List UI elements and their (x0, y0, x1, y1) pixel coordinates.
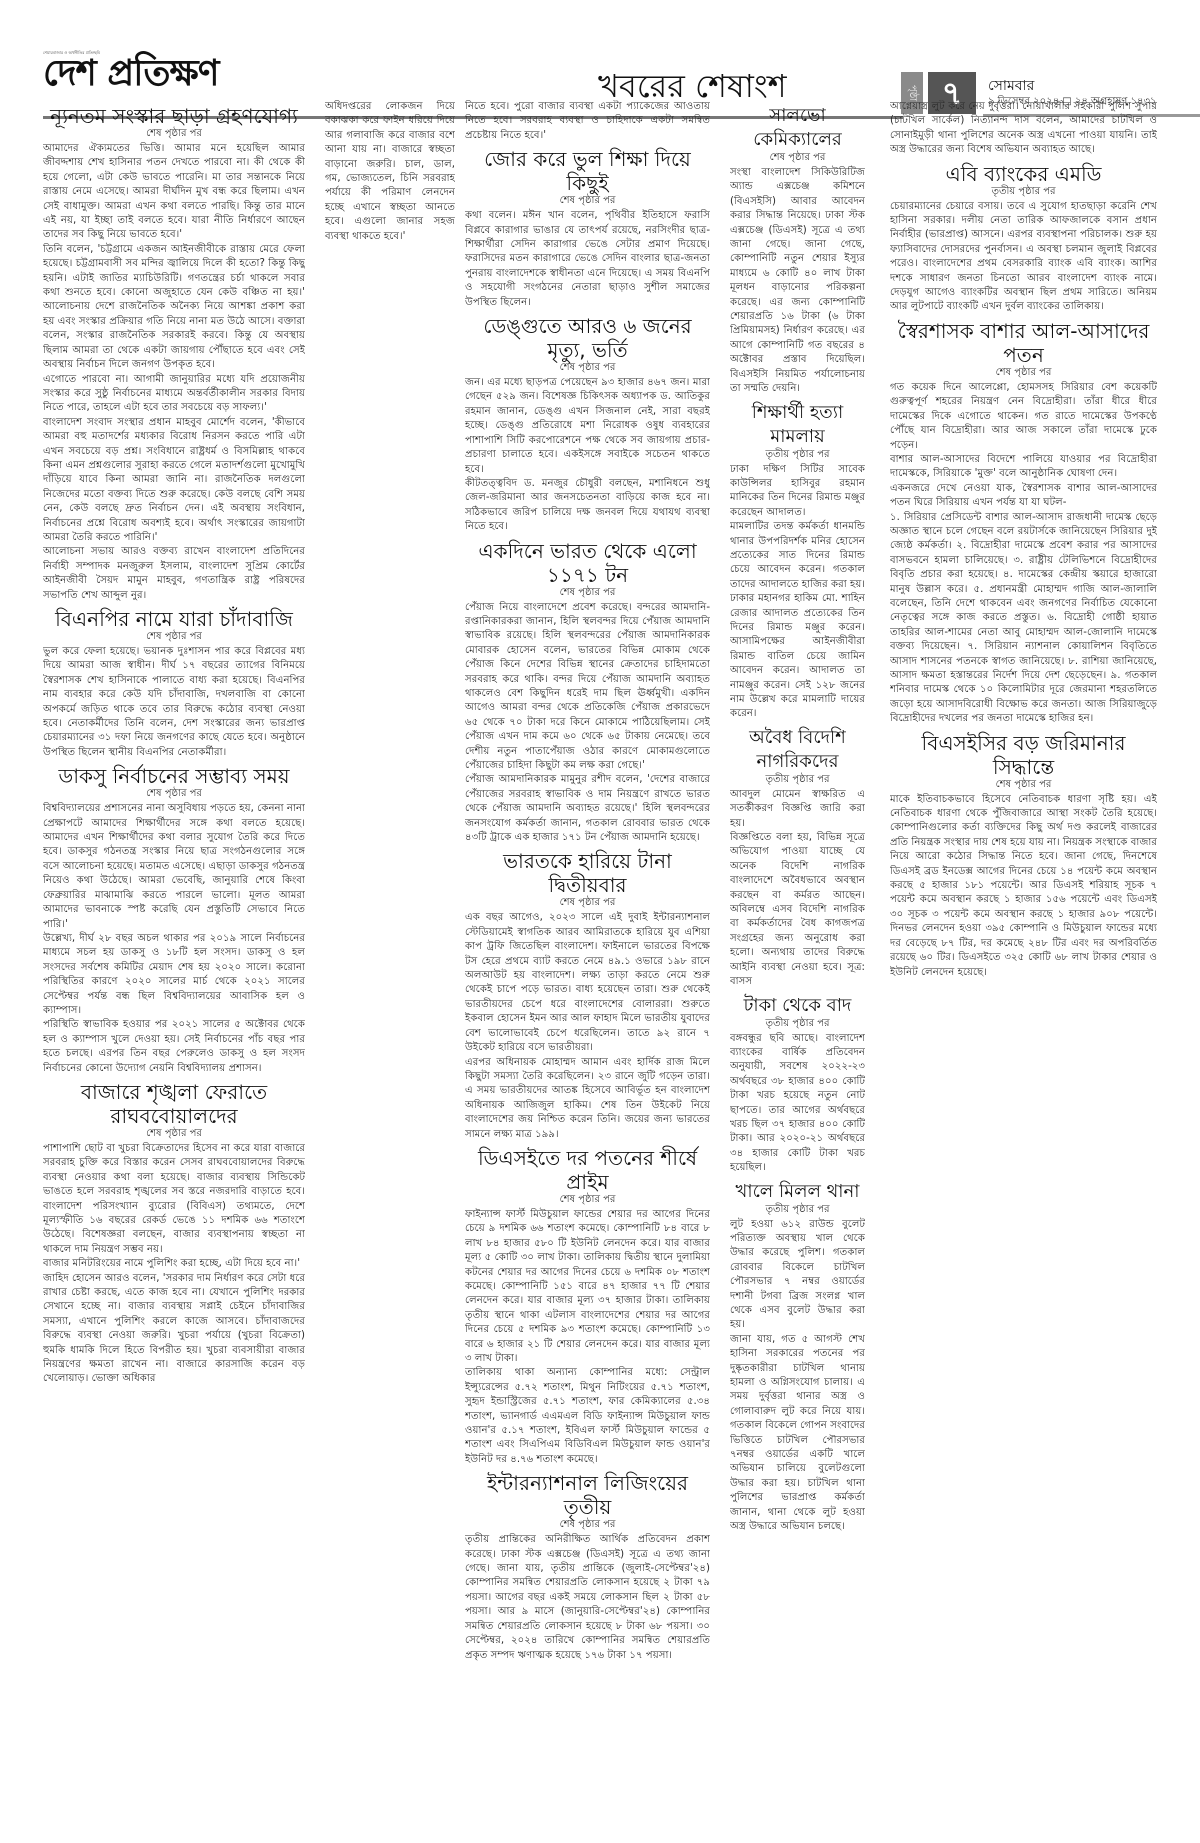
article-dengue[interactable]: ডেঙ্গুতে আরও ৬ জনের মৃত্যু, ভর্তি শেষ পৃ… (465, 314, 710, 534)
continued-label: শেষ পৃষ্ঠার পর (465, 362, 710, 374)
column-4: সালভো কেমিক্যালের শেষ পৃষ্ঠার পর সংস্থা … (730, 100, 865, 1830)
article-bazar-continuation[interactable]: অধিদপ্তরের লোকজন দিয়ে বকাঝকা করে ফাইন ধ… (325, 100, 455, 244)
article-taka-theke-bad[interactable]: টাকা থেকে বাদ তৃতীয় পৃষ্ঠার পর বঙ্গবন্ধ… (730, 994, 865, 1176)
article-ducsu-election[interactable]: ডাকসু নির্বাচনের সম্ভাব্য সময় শেষ পৃষ্ঠ… (43, 764, 305, 1076)
continued-label: তৃতীয় পৃষ্ঠার পর (730, 1204, 865, 1216)
article-paragraph: ফাইন্যান্স ফার্স্ট মিউচুয়াল ফান্ডের শেয… (465, 1208, 710, 1366)
article-paragraph: পেঁয়াজ নিয়ে বাংলাদেশে প্রবেশ করেছে। বন… (465, 601, 710, 774)
article-paragraph: বাশার আল-আসাদের বিদেশে পালিয়ে যাওয়ার প… (890, 453, 1157, 482)
headline[interactable]: বিএসইসির বড় জরিমানার সিদ্ধান্তে (890, 731, 1157, 779)
article-assad-fall[interactable]: স্বৈরশাসক বাশার আল-আসাদের পতন শেষ পৃষ্ঠা… (890, 319, 1157, 727)
headline[interactable]: ডেঙ্গুতে আরও ৬ জনের মৃত্যু, ভর্তি (465, 314, 710, 362)
headline[interactable]: সালভো কেমিক্যালের (730, 104, 865, 152)
headline[interactable]: খালে মিলল থানা (730, 1180, 865, 1204)
article-paragraph: জন। এর মধ্যে ছাড়পত্র পেয়েছেন ৯৩ হাজার … (465, 376, 710, 477)
continued-label: শেষ পৃষ্ঠার পর (43, 631, 305, 643)
article-onion-import[interactable]: একদিনে ভারত থেকে এলো ১১৭১ টন শেষ পৃষ্ঠার… (465, 539, 710, 846)
article-paragraph: পেঁয়াজ আমদানিকারক মামুনুর রশীদ বলেন, 'দ… (465, 773, 710, 845)
article-international-leasing[interactable]: ইন্টারন্যাশনাল লিজিংয়ের তৃতীয় শেষ পৃষ্… (465, 1471, 710, 1663)
continued-label: শেষ পৃষ্ঠার পর (465, 1194, 710, 1206)
article-paragraph: কীটতত্ত্ববিদ ড. মনজুর চৌধুরী বলছেন, মশান… (465, 477, 710, 535)
article-paragraph: তিনি বলেন, 'চট্টগ্রামে একজন আইনজীবীকে রা… (43, 243, 305, 373)
article-paragraph: ঢাকা দক্ষিণ সিটির সাবেক কাউন্সিলর হাসিবু… (730, 463, 865, 521)
headline[interactable]: বিএনপির নামে যারা চাঁদাবাজি (43, 607, 305, 631)
article-paragraph: গত কয়েক দিনে আলেপ্পো, হোমসসহ সিরিয়ার ব… (890, 381, 1157, 453)
continued-label: শেষ পৃষ্ঠার পর (43, 128, 305, 140)
article-paragraph: চেয়ারম্যানের চেয়ারে বসায়। তবে এ সুযোগ… (890, 200, 1157, 315)
continued-label: শেষ পৃষ্ঠার পর (465, 1519, 710, 1531)
article-student-murder-case[interactable]: শিক্ষার্থী হত্যা মামলায় তৃতীয় পৃষ্ঠার … (730, 401, 865, 722)
article-paragraph: কথা বলেন। মঈন খান বলেন, পৃথিবীর ইতিহাসে … (465, 209, 710, 310)
article-paragraph: মামলাটির তদন্ত কর্মকর্তা ধানমন্ডি থানার … (730, 520, 865, 722)
headline[interactable]: বাজারে শৃঙ্খলা ফেরাতে রাঘববোয়ালদের (43, 1080, 305, 1128)
article-jor-kore-vul-shikkha[interactable]: জোর করে ভুল শিক্ষা দিয়ে কিছুই শেষ পৃষ্ঠ… (465, 147, 710, 310)
headline[interactable]: শিক্ষার্থী হত্যা মামলায় (730, 401, 865, 449)
continued-label: তৃতীয় পৃষ্ঠার পর (890, 186, 1157, 198)
continued-label: তৃতীয় পৃষ্ঠার পর (730, 449, 865, 461)
article-paragraph: আলোচনা সভায় আরও বক্তব্য রাখেন বাংলাদেশ … (43, 545, 305, 603)
article-paragraph: বাজার মনিটরিংয়ের নামে পুলিশিং করা হচ্ছে… (43, 1257, 305, 1271)
article-paragraph: এরপর অধিনায়ক মোহাম্মদ আমান এবং হার্দিক … (465, 1056, 710, 1142)
article-paragraph: তালিকায় থাকা অন্যান্য কোম্পানির মধ্যে: … (465, 1366, 710, 1467)
continued-label: শেষ পৃষ্ঠার পর (43, 788, 305, 800)
article-paragraph: উল্লেখ্য, দীর্ঘ ২৮ বছর অচল থাকার পর ২০১৯… (43, 932, 305, 1018)
continued-label: তৃতীয় পৃষ্ঠার পর (730, 774, 865, 786)
article-paragraph: সংস্থা বাংলাদেশ সিকিউরিটিজ অ্যান্ড এক্সচ… (730, 166, 865, 397)
headline[interactable]: একদিনে ভারত থেকে এলো ১১৭১ টন (465, 539, 710, 587)
article-dse-prime[interactable]: ডিএসইতে দর পতনের শীর্ষে প্রাইম শেষ পৃষ্ঠ… (465, 1146, 710, 1467)
article-paragraph: বিজ্ঞপ্তিতে বলা হয়, বিভিন্ন সূত্রে অভিয… (730, 831, 865, 989)
article-paragraph: পাশাপাশি ছোট বা খুচরা বিক্রেতাদের হিসেব … (43, 1142, 305, 1257)
article-paragraph: এগোতে পারবো না। আগামী জানুয়ারির মধ্যে য… (43, 373, 305, 416)
continued-label: শেষ পৃষ্ঠার পর (465, 195, 710, 207)
headline[interactable]: টাকা থেকে বাদ (730, 994, 865, 1018)
article-paragraph: লুট হওয়া ৬১২ রাউন্ড বুলেট পরিত্যক্ত অবস… (730, 1218, 865, 1333)
article-ab-bank-md[interactable]: এবি ব্যাংকের এমডি তৃতীয় পৃষ্ঠার পর চেয়… (890, 162, 1157, 315)
newspaper-logo[interactable]: দেশ প্রতিক্ষণ (43, 54, 218, 94)
article-bnp-chandabaji[interactable]: বিএনপির নামে যারা চাঁদাবাজি শেষ পৃষ্ঠার … (43, 607, 305, 760)
article-paragraph: ১. সিরিয়ার প্রেসিডেন্ট বাশার আল-আসাদ রা… (890, 511, 1157, 727)
headline[interactable]: ইন্টারন্যাশনাল লিজিংয়ের তৃতীয় (465, 1471, 710, 1519)
headline[interactable]: এবি ব্যাংকের এমডি (890, 162, 1157, 186)
article-paragraph: ভুল করে ফেলা হয়েছে। ভয়ানক দুঃশাসন পার … (43, 645, 305, 760)
article-paragraph: এক বছর আগেও, ২০২৩ সালে এই দুবাই ইন্টারন্… (465, 911, 710, 1055)
masthead: শেয়ারবাজার ও অর্থনীতির প্রতিচ্ছবি দেশ প… (43, 30, 1157, 90)
article-paragraph: জাহিদ হোসেন আরও বলেন, 'সরকার দাম নির্ধার… (43, 1272, 305, 1387)
headline[interactable]: ডিএসইতে দর পতনের শীর্ষে প্রাইম (465, 1146, 710, 1194)
article-paragraph: পরিস্থিতি স্বাভাবিক হওয়ার পর ২০২১ সালের… (43, 1018, 305, 1076)
article-paragraph: অধিদপ্তরের লোকজন দিয়ে বকাঝকা করে ফাইন ধ… (325, 100, 455, 244)
column-2: অধিদপ্তরের লোকজন দিয়ে বকাঝকা করে ফাইন ধ… (325, 100, 455, 1830)
article-illegal-foreigners[interactable]: অবৈধ বিদেশি নাগরিকদের তৃতীয় পৃষ্ঠার পর … (730, 726, 865, 990)
article-paragraph: জানা যায়, গত ৫ আগস্ট শেখ হাসিনা সরকারের… (730, 1333, 865, 1535)
article-paragraph: একনজরে দেখে নেওয়া যাক, স্বৈরশাসক বাশার … (890, 482, 1157, 511)
continued-label: তৃতীয় পৃষ্ঠার পর (730, 1018, 865, 1030)
article-paragraph: নিতে হবে। পুরো বাজার ব্যবস্থা একটা প্যাক… (465, 100, 710, 143)
headline[interactable]: অবৈধ বিদেশি নাগরিকদের (730, 726, 865, 774)
article-salvo-chemical[interactable]: সালভো কেমিক্যালের শেষ পৃষ্ঠার পর সংস্থা … (730, 104, 865, 397)
article-bsec-fine[interactable]: বিএসইসির বড় জরিমানার সিদ্ধান্তে শেষ পৃষ… (890, 731, 1157, 980)
column-3: নিতে হবে। পুরো বাজার ব্যবস্থা একটা প্যাক… (465, 100, 710, 1830)
article-paragraph: মাকে ইতিবাচকভাবে হিসেবে নেতিবাচক ধারণা স… (890, 793, 1157, 980)
article-nunotom-songskar[interactable]: ন্যূনতম সংস্কার ছাড়া গ্রহণযোগ্য শেষ পৃষ… (43, 104, 305, 603)
continued-label: শেষ পৃষ্ঠার পর (43, 1128, 305, 1140)
column-1: ন্যূনতম সংস্কার ছাড়া গ্রহণযোগ্য শেষ পৃষ… (43, 100, 305, 1830)
headline[interactable]: ডাকসু নির্বাচনের সম্ভাব্য সময় (43, 764, 305, 788)
article-bazar-shrinkhola[interactable]: বাজারে শৃঙ্খলা ফেরাতে রাঘববোয়ালদের শেষ … (43, 1080, 305, 1387)
article-youth-asia-cup[interactable]: ভারতকে হারিয়ে টানা দ্বিতীয়বার শেষ পৃষ্… (465, 849, 710, 1142)
continued-label: শেষ পৃষ্ঠার পর (890, 367, 1157, 379)
article-paragraph: আগ্নেয়াস্ত্র লুট করে নেয় দুর্বৃত্তরা। … (890, 100, 1157, 158)
article-khale-milol[interactable]: খালে মিলল থানা তৃতীয় পৃষ্ঠার পর লুট হওয… (730, 1180, 865, 1535)
headline[interactable]: জোর করে ভুল শিক্ষা দিয়ে কিছুই (465, 147, 710, 195)
article-paragraph: বিশ্ববিদ্যালয়ের প্রশাসনের নানা অসুবিধায… (43, 802, 305, 932)
article-paragraph: বঙ্গবন্ধুর ছবি আছে। বাংলাদেশ ব্যাংকের বা… (730, 1032, 865, 1176)
article-paragraph: বাংলাদেশ সংবাদ সংস্থার প্রধান মাহবুব মোর… (43, 416, 305, 546)
continued-label: শেষ পৃষ্ঠার পর (730, 152, 865, 164)
continued-label: শেষ পৃষ্ঠার পর (465, 587, 710, 599)
continued-label: শেষ পৃষ্ঠার পর (465, 897, 710, 909)
article-paragraph: আবদুল মোমেন স্বাক্ষরিত এ সতর্কীকরণ বিজ্ঞ… (730, 788, 865, 831)
continued-label: শেষ পৃষ্ঠার পর (890, 779, 1157, 791)
headline[interactable]: স্বৈরশাসক বাশার আল-আসাদের পতন (890, 319, 1157, 367)
headline[interactable]: ভারতকে হারিয়ে টানা দ্বিতীয়বার (465, 849, 710, 897)
article-paragraph: আমাদের ঐক্যমতের ভিত্তি। আমার মনে হয়েছিল… (43, 142, 305, 243)
headline[interactable]: ন্যূনতম সংস্কার ছাড়া গ্রহণযোগ্য (43, 104, 305, 128)
article-paragraph: তৃতীয় প্রান্তিকের অনিরীক্ষিত আর্থিক প্র… (465, 1533, 710, 1663)
column-5: আগ্নেয়াস্ত্র লুট করে নেয় দুর্বৃত্তরা। … (890, 100, 1157, 1830)
